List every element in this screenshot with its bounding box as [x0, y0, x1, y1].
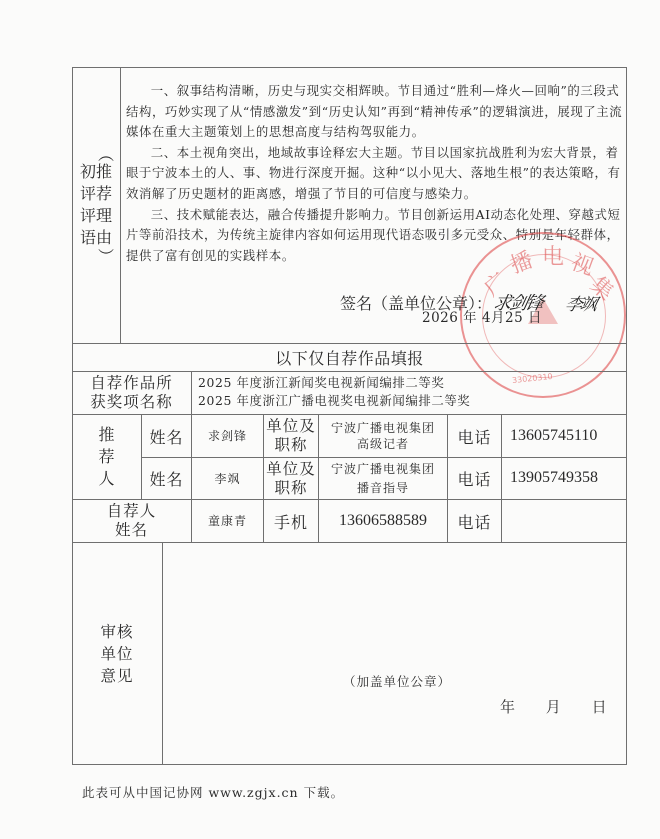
self-section-header: 以下仅自荐作品填报 [72, 344, 627, 371]
self-recommender-phone-label: 电话 [448, 500, 501, 542]
recommendation-date: 2026 年 4月25 日 [422, 306, 542, 326]
awards-list: 2025 年度浙江新闻奖电视新闻编排二等奖 2025 年度浙江广播电视奖电视新闻… [198, 374, 470, 410]
review-date: 年 月 日 [500, 696, 607, 717]
recommender-1-name-label: 姓名 [142, 415, 191, 457]
recommender-1-name: 求剑锋 [192, 415, 263, 457]
self-recommender-mobile: 13606588589 [319, 500, 447, 542]
recommender-1-phone-label: 电话 [448, 415, 501, 457]
self-recommender-mobile-label: 手机 [264, 500, 318, 542]
recommendation-paragraph: 一、叙事结构清晰，历史与现实交相辉映。节目通过“胜利—烽火—回响”的三段式结构，… [126, 81, 623, 143]
recommenders-label: 推 荐 人 [72, 415, 141, 499]
recommender-2-org: 宁波广播电视集团 播音指导 [319, 458, 447, 499]
footer-note: 此表可从中国记协网 www.zgjx.cn 下载。 [82, 783, 344, 801]
review-label: 审核 单位 意见 [72, 543, 162, 765]
stamp-code: 33020310 [512, 372, 553, 385]
award-item: 2025 年度浙江新闻奖电视新闻编排二等奖 [198, 374, 470, 392]
signature-handwritten-2: 李飒 [563, 290, 599, 315]
recommender-1-org: 宁波广播电视集团 高级记者 [319, 415, 447, 457]
awards-label: 自荐作品所 获奖项名称 [72, 372, 191, 414]
recommender-2-name: 李飒 [192, 458, 263, 499]
self-recommender-name: 童康青 [192, 500, 263, 542]
recommendation-paragraph: 二、本土视角突出，地域故事诠释宏大主题。节目以国家抗战胜利为宏大背景，着眼于宁波… [126, 143, 623, 205]
divider [191, 371, 192, 414]
divider [162, 542, 163, 765]
divider [120, 67, 121, 343]
recommender-2-name-label: 姓名 [142, 458, 191, 499]
recommendation-label: （ 初推 评荐 评理 语由 ） [72, 67, 120, 343]
award-item: 2025 年度浙江广播电视奖电视新闻编排二等奖 [198, 392, 470, 410]
recommender-1-phone: 13605745110 [510, 427, 597, 445]
recommender-2-phone: 13905749358 [510, 469, 598, 487]
recommender-1-org-label: 单位及 职称 [264, 415, 318, 457]
review-stamp-note: （加盖单位公章） [343, 672, 451, 690]
self-recommender-label: 自荐人 姓名 [72, 500, 191, 542]
recommender-2-org-label: 单位及 职称 [264, 458, 318, 499]
recommender-2-phone-label: 电话 [448, 458, 501, 499]
divider [501, 414, 502, 542]
